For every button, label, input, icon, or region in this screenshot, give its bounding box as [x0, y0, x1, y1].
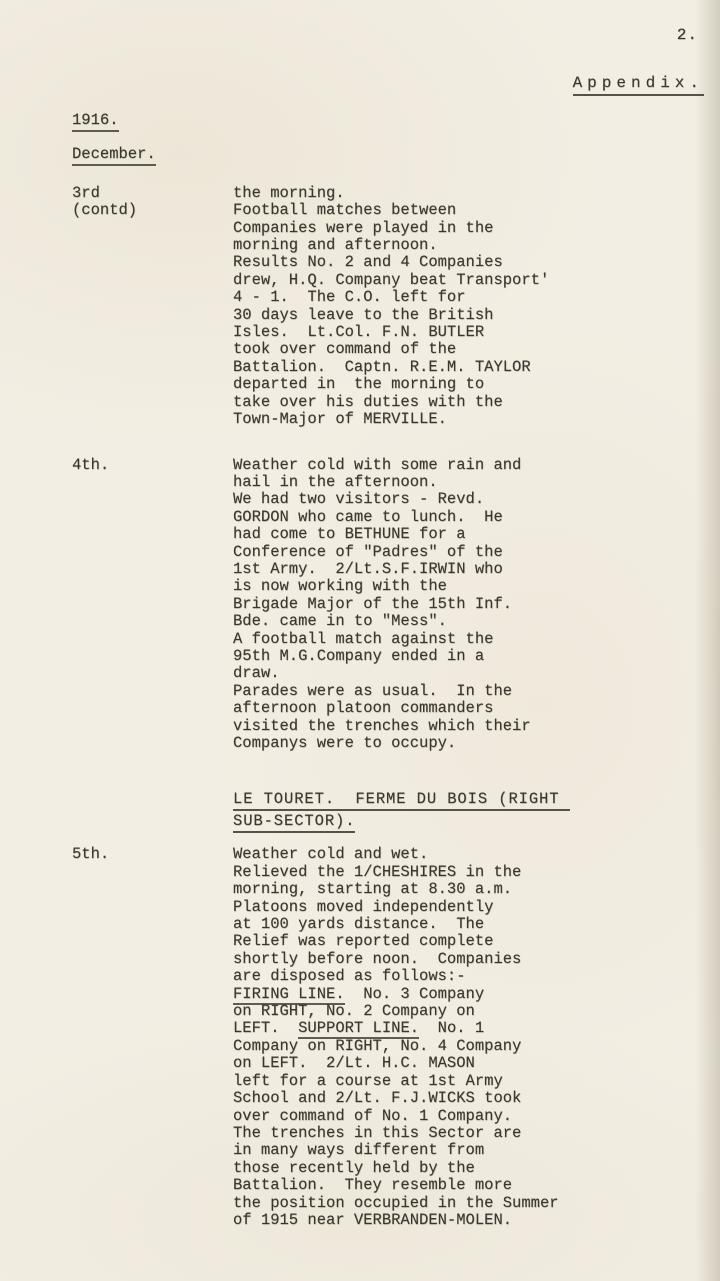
diary-entry: 4th.Weather cold with some rain andhail …	[72, 457, 720, 753]
entry-line: afternoon platoon commanders	[233, 700, 720, 717]
entry-line: Battalion. They resemble more	[233, 1177, 720, 1194]
page-content: 1916. December. 3rd(contd)the morning.Fo…	[72, 112, 720, 1257]
diary-blocks: 3rd(contd)the morning.Football matches b…	[72, 185, 720, 1230]
entry-line: morning, starting at 8.30 a.m.	[233, 881, 720, 898]
entry-line: left for a course at 1st Army	[233, 1073, 720, 1090]
entry-line: Parades were as usual. In the	[233, 683, 720, 700]
entry-line: visited the trenches which their	[233, 718, 720, 735]
entry-line: Conference of "Padres" of the	[233, 544, 720, 561]
year-heading-text: 1916.	[72, 111, 119, 132]
entry-line: drew, H.Q. Company beat Transport'	[233, 272, 720, 289]
entry-line: had come to BETHUNE for a	[233, 526, 720, 543]
entry-line: on LEFT. 2/Lt. H.C. MASON	[233, 1055, 720, 1072]
entry-line: of 1915 near VERBRANDEN-MOLEN.	[233, 1212, 720, 1229]
entry-line: Weather cold with some rain and	[233, 457, 720, 474]
entry-line-segment: No. 3 Company	[345, 985, 485, 1003]
entry-line: We had two visitors - Revd.	[233, 491, 720, 508]
entry-date-line: 3rd	[72, 185, 233, 202]
entry-line: Company on RIGHT, No. 4 Company	[233, 1038, 720, 1055]
entry-date: 3rd(contd)	[72, 185, 233, 429]
entry-line: hail in the afternoon.	[233, 474, 720, 491]
entry-line: FIRING LINE. No. 3 Company	[233, 986, 720, 1003]
entry-line: is now working with the	[233, 578, 720, 595]
entry-line: over command of No. 1 Company.	[233, 1108, 720, 1125]
entry-body: the morning.Football matches betweenComp…	[233, 185, 720, 429]
entry-line: draw.	[233, 665, 720, 682]
entry-line: shortly before noon. Companies	[233, 951, 720, 968]
entry-line: Town-Major of MERVILLE.	[233, 411, 720, 428]
month-heading-text: December.	[72, 145, 156, 166]
entry-line: GORDON who came to lunch. He	[233, 509, 720, 526]
section-heading-line: LE TOURET. FERME DU BOIS (RIGHT	[233, 788, 720, 810]
section-heading-text: LE TOURET. FERME DU BOIS (RIGHT	[233, 790, 570, 811]
entry-date-line: 5th.	[72, 846, 233, 863]
entry-line: Isles. Lt.Col. F.N. BUTLER	[233, 324, 720, 341]
entry-line: take over his duties with the	[233, 394, 720, 411]
entry-line: School and 2/Lt. F.J.WICKS took	[233, 1090, 720, 1107]
entry-line: Bde. came in to "Mess".	[233, 613, 720, 630]
entry-body: Weather cold with some rain andhail in t…	[233, 457, 720, 753]
entry-date-line: (contd)	[72, 202, 233, 219]
entry-line: the position occupied in the Summer	[233, 1195, 720, 1212]
entry-line: Relief was reported complete	[233, 933, 720, 950]
entry-line: Battalion. Captn. R.E.M. TAYLOR	[233, 359, 720, 376]
entry-line: A football match against the	[233, 631, 720, 648]
entry-line: departed in the morning to	[233, 376, 720, 393]
entry-line: LEFT. SUPPORT LINE. No. 1	[233, 1020, 720, 1037]
entry-line: are disposed as follows:-	[233, 968, 720, 985]
appendix-heading: Appendix.	[573, 74, 704, 96]
entry-line-segment: No. 1	[419, 1019, 484, 1037]
entry-line: 4 - 1. The C.O. left for	[233, 289, 720, 306]
diary-page: 2. Appendix. 1916. December. 3rd(contd)t…	[0, 0, 720, 1281]
diary-entry: 3rd(contd)the morning.Football matches b…	[72, 185, 720, 429]
entry-line-segment: LEFT.	[233, 1019, 298, 1037]
entry-line: at 100 yards distance. The	[233, 916, 720, 933]
entry-date: 5th.	[72, 846, 233, 1229]
entry-line: morning and afternoon.	[233, 237, 720, 254]
month-heading: December.	[72, 146, 720, 163]
entry-line: The trenches in this Sector are	[233, 1125, 720, 1142]
entry-date-line: 4th.	[72, 457, 233, 474]
entry-line: those recently held by the	[233, 1160, 720, 1177]
entry-line: Relieved the 1/CHESHIRES in the	[233, 864, 720, 881]
year-heading: 1916.	[72, 112, 720, 129]
entry-line: took over command of the	[233, 341, 720, 358]
entry-line: the morning.	[233, 185, 720, 202]
entry-line: in many ways different from	[233, 1142, 720, 1159]
section-heading-text: SUB-SECTOR).	[233, 812, 355, 833]
entry-line: Platoons moved independently	[233, 899, 720, 916]
entry-body: Weather cold and wet.Relieved the 1/CHES…	[233, 846, 720, 1229]
section-heading: LE TOURET. FERME DU BOIS (RIGHT SUB-SECT…	[233, 788, 720, 832]
entry-line: Football matches between	[233, 202, 720, 219]
section-heading-line: SUB-SECTOR).	[233, 810, 720, 832]
entry-date: 4th.	[72, 457, 233, 753]
entry-line: Brigade Major of the 15th Inf.	[233, 596, 720, 613]
page-number: 2.	[677, 26, 698, 44]
entry-line: Companies were played in the	[233, 220, 720, 237]
entry-line: Results No. 2 and 4 Companies	[233, 254, 720, 271]
entry-line: Companys were to occupy.	[233, 735, 720, 752]
entry-line: 95th M.G.Company ended in a	[233, 648, 720, 665]
diary-entry: 5th.Weather cold and wet.Relieved the 1/…	[72, 846, 720, 1229]
entry-line: 30 days leave to the British	[233, 307, 720, 324]
entry-line: 1st Army. 2/Lt.S.F.IRWIN who	[233, 561, 720, 578]
entry-line: Weather cold and wet.	[233, 846, 720, 863]
entry-line: on RIGHT, No. 2 Company on	[233, 1003, 720, 1020]
